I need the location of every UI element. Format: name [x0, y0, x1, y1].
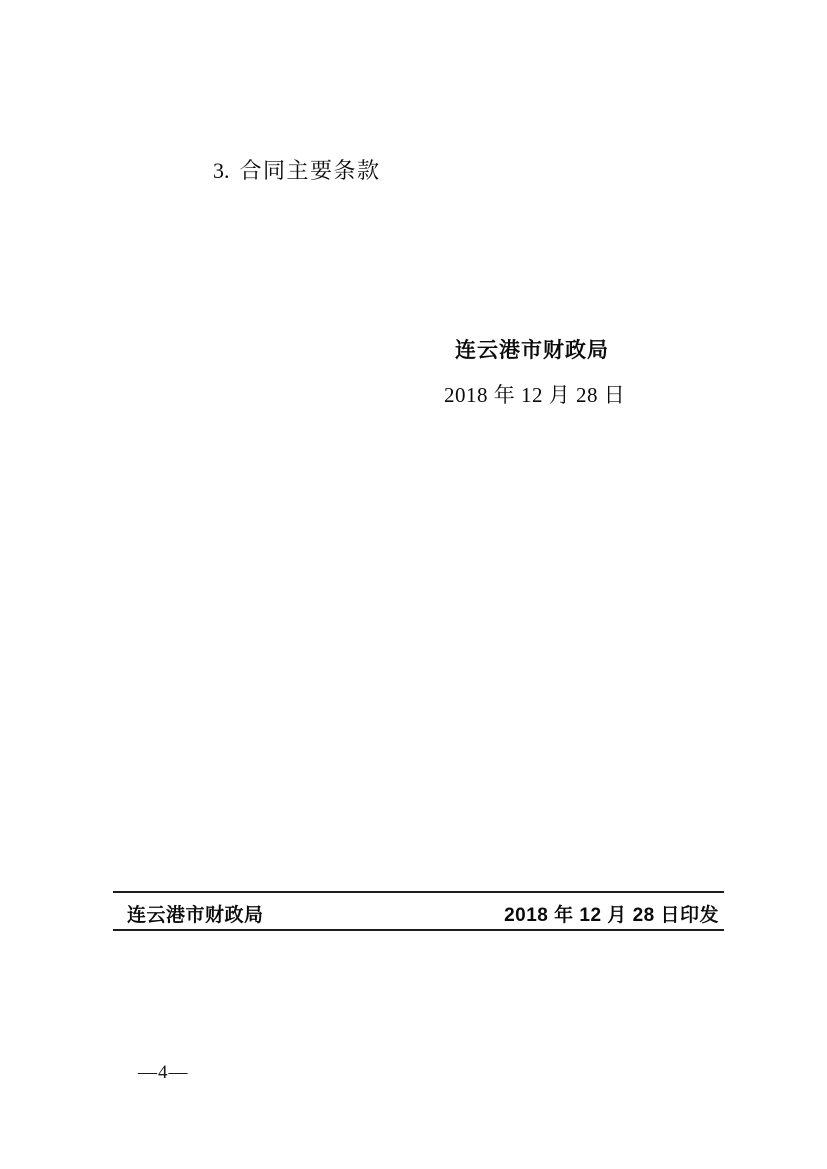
colophon-print-note: 2018 年 12 月 28 日印发 — [504, 896, 719, 927]
signature-agency: 连云港市财政局 — [455, 334, 609, 364]
section-heading-title: 合同主要条款 — [240, 158, 381, 183]
document-page: 3.合同主要条款 连云港市财政局 2018 年 12 月 28 日 连云港市财政… — [0, 0, 827, 1169]
page-number: —4— — [138, 1062, 189, 1084]
colophon-bar: 连云港市财政局 2018 年 12 月 28 日印发 — [113, 891, 724, 931]
colophon-issuer: 连云港市财政局 — [127, 896, 264, 927]
section-heading-number: 3. — [213, 158, 230, 183]
section-heading: 3.合同主要条款 — [213, 158, 381, 184]
signature-date: 2018 年 12 月 28 日 — [444, 379, 625, 409]
